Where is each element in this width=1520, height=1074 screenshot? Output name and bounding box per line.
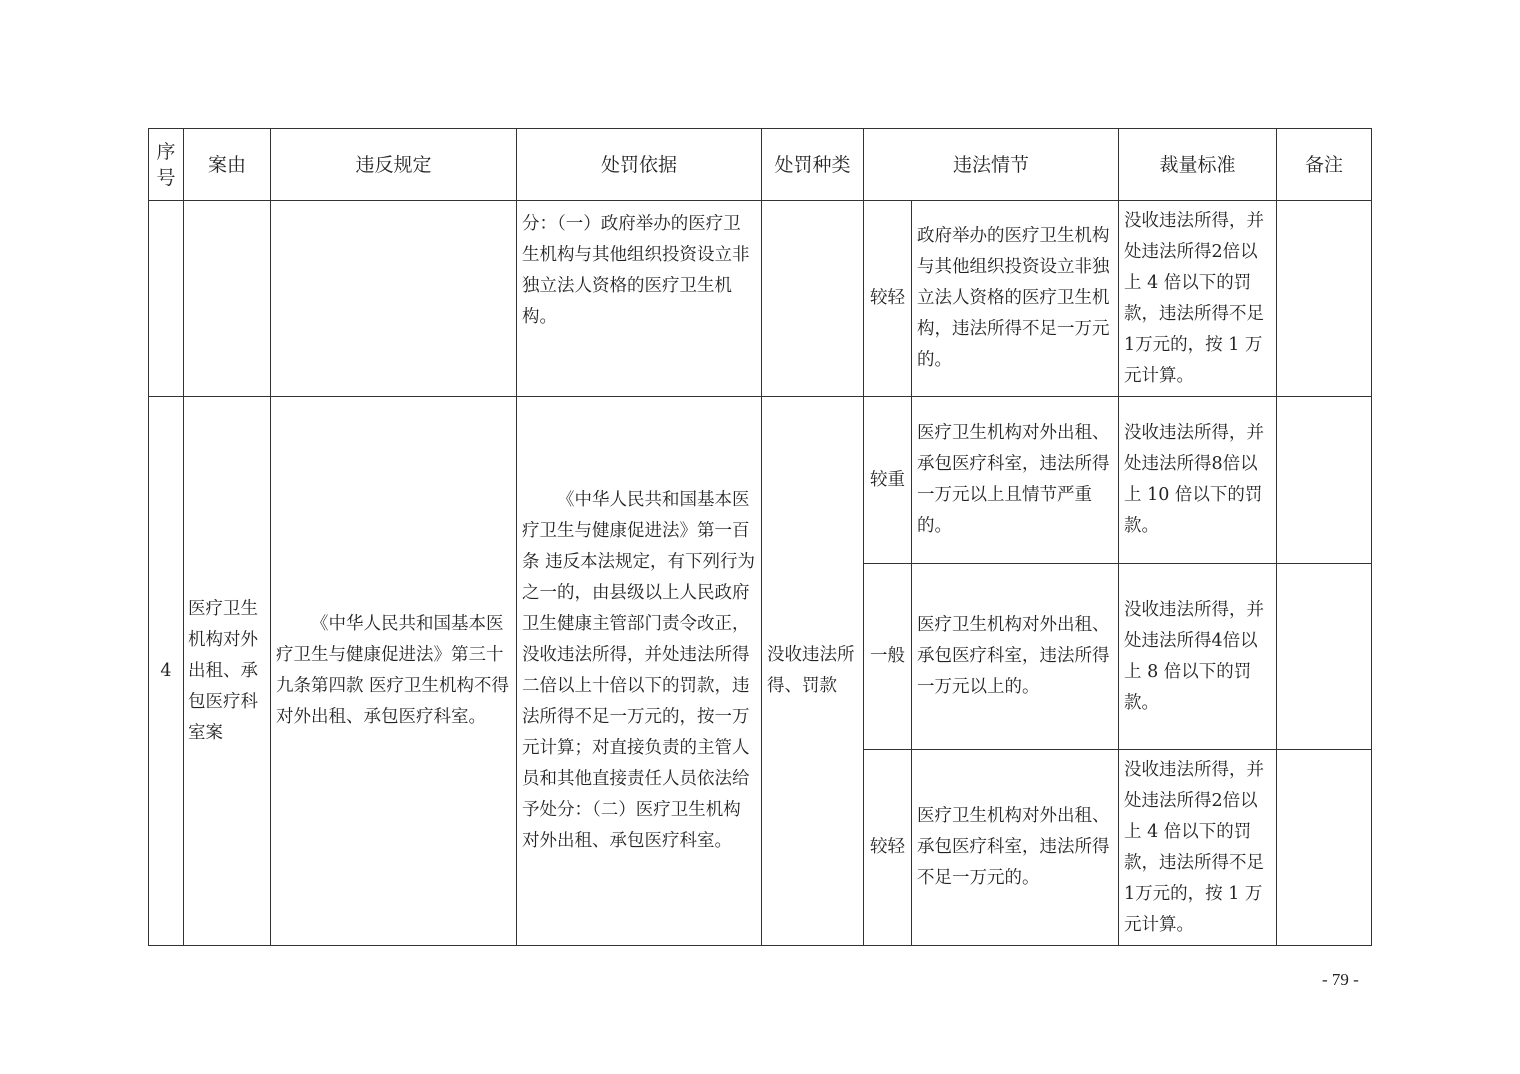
cell-seq: 4 bbox=[149, 397, 184, 946]
cell-basis: 分：（一）政府举办的医疗卫生机构与其他组织投资设立非独立法人资格的医疗卫生机构。 bbox=[517, 201, 762, 397]
header-seq: 序号 bbox=[149, 129, 184, 201]
cell-standard: 没收违法所得，并处违法所得4倍以上 8 倍以下的罚款。 bbox=[1119, 564, 1277, 750]
cell-remark bbox=[1277, 397, 1372, 564]
penalty-discretion-table: 序号 案由 违反规定 处罚依据 处罚种类 违法情节 裁量标准 备注 分：（一）政… bbox=[148, 128, 1372, 946]
cell-rule-empty bbox=[271, 201, 517, 397]
cell-basis: 《中华人民共和国基本医疗卫生与健康促进法》第一百条 违反本法规定，有下列行为之一… bbox=[517, 397, 762, 946]
cell-type-empty bbox=[762, 201, 864, 397]
cell-remark bbox=[1277, 750, 1372, 946]
cell-remark bbox=[1277, 201, 1372, 397]
cell-rule: 《中华人民共和国基本医疗卫生与健康促进法》第三十九条第四款 医疗卫生机构不得对外… bbox=[271, 397, 517, 946]
cell-standard: 没收违法所得，并处违法所得2倍以上 4 倍以下的罚款，违法所得不足1万元的，按 … bbox=[1119, 750, 1277, 946]
cell-level: 一般 bbox=[864, 564, 912, 750]
table-row-4-level-1: 4 医疗卫生机构对外出租、承包医疗科室案 《中华人民共和国基本医疗卫生与健康促进… bbox=[149, 397, 1372, 564]
table-row-continued: 分：（一）政府举办的医疗卫生机构与其他组织投资设立非独立法人资格的医疗卫生机构。… bbox=[149, 201, 1372, 397]
cell-remark bbox=[1277, 564, 1372, 750]
header-rule: 违反规定 bbox=[271, 129, 517, 201]
header-type: 处罚种类 bbox=[762, 129, 864, 201]
cell-circumstance: 医疗卫生机构对外出租、承包医疗科室，违法所得不足一万元的。 bbox=[912, 750, 1119, 946]
cell-level: 较轻 bbox=[864, 750, 912, 946]
cell-standard: 没收违法所得，并处违法所得8倍以上 10 倍以下的罚款。 bbox=[1119, 397, 1277, 564]
header-remark: 备注 bbox=[1277, 129, 1372, 201]
header-circumstance: 违法情节 bbox=[864, 129, 1119, 201]
page-number: - 79 - bbox=[1322, 970, 1359, 990]
cell-level: 较重 bbox=[864, 397, 912, 564]
cell-circumstance: 政府举办的医疗卫生机构与其他组织投资设立非独立法人资格的医疗卫生机构，违法所得不… bbox=[912, 201, 1119, 397]
header-basis: 处罚依据 bbox=[517, 129, 762, 201]
cell-type: 没收违法所得、罚款 bbox=[762, 397, 864, 946]
cell-case-empty bbox=[184, 201, 271, 397]
cell-standard: 没收违法所得，并处违法所得2倍以上 4 倍以下的罚款，违法所得不足1万元的，按 … bbox=[1119, 201, 1277, 397]
cell-circumstance: 医疗卫生机构对外出租、承包医疗科室，违法所得一万元以上的。 bbox=[912, 564, 1119, 750]
cell-circumstance: 医疗卫生机构对外出租、承包医疗科室，违法所得一万元以上且情节严重的。 bbox=[912, 397, 1119, 564]
cell-level: 较轻 bbox=[864, 201, 912, 397]
header-standard: 裁量标准 bbox=[1119, 129, 1277, 201]
header-row: 序号 案由 违反规定 处罚依据 处罚种类 违法情节 裁量标准 备注 bbox=[149, 129, 1372, 201]
cell-seq-empty bbox=[149, 201, 184, 397]
header-case: 案由 bbox=[184, 129, 271, 201]
cell-case: 医疗卫生机构对外出租、承包医疗科室案 bbox=[184, 397, 271, 946]
